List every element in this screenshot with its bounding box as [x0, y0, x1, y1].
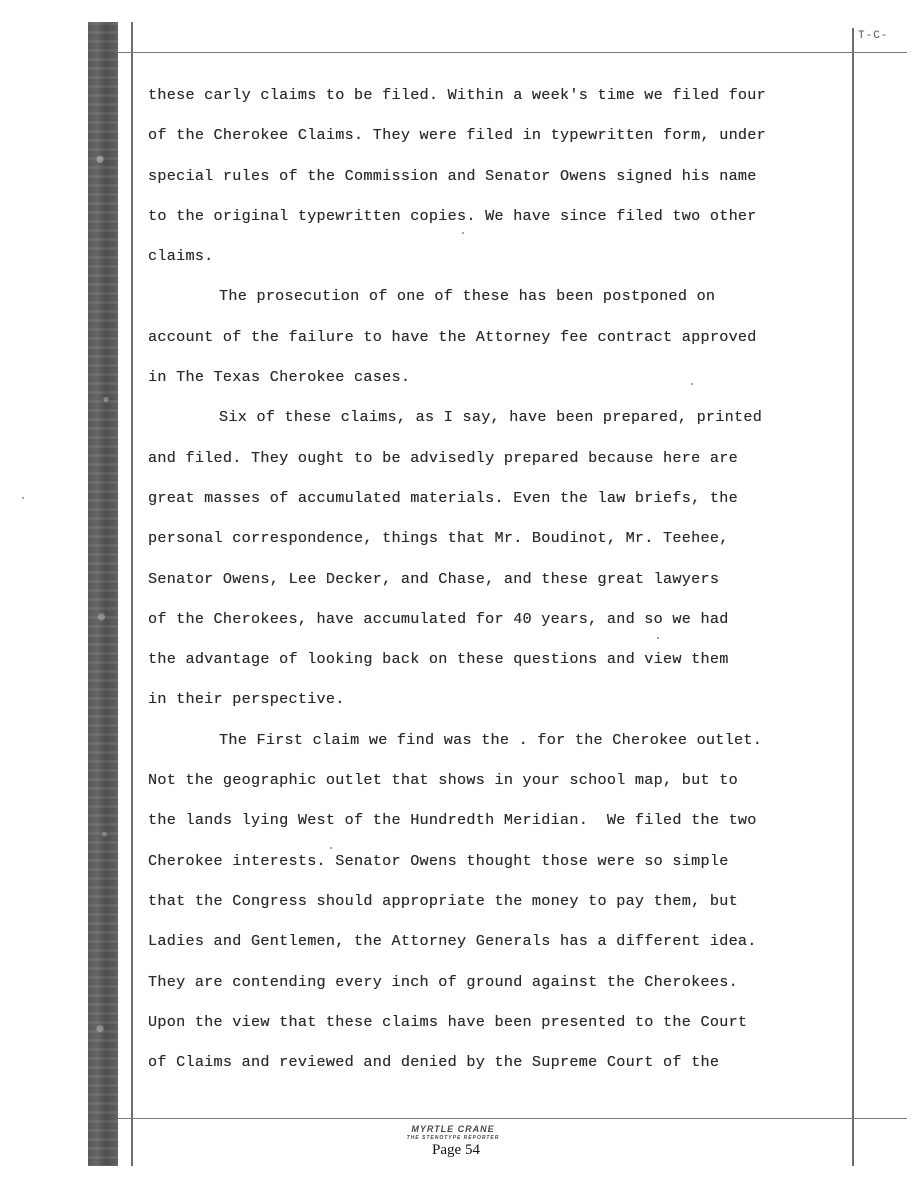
transcript-line: Cherokee interests. Senator Owens though…	[148, 848, 858, 888]
transcript-line: in their perspective.	[148, 686, 858, 726]
transcript-line: the lands lying West of the Hundredth Me…	[148, 807, 858, 847]
reporter-title: THE STENOTYPE REPORTER	[0, 1135, 924, 1141]
transcript-line: of the Cherokee Claims. They were filed …	[148, 122, 858, 162]
bottom-margin-rule	[117, 1118, 907, 1119]
reporter-name: MYRTLE CRANE	[0, 1124, 924, 1134]
transcript-line: of Claims and reviewed and denied by the…	[148, 1049, 858, 1089]
transcript-line: account of the failure to have the Attor…	[148, 324, 858, 364]
corner-mark: T-C-	[858, 30, 888, 42]
transcript-line: great masses of accumulated materials. E…	[148, 485, 858, 525]
left-margin-rule	[131, 22, 133, 1166]
transcript-line: to the original typewritten copies. We h…	[148, 203, 858, 243]
page-footer: MYRTLE CRANE THE STENOTYPE REPORTER Page…	[0, 1124, 924, 1159]
scan-speck	[22, 497, 24, 499]
transcript-line: Six of these claims, as I say, have been…	[148, 404, 858, 444]
transcript-line: The First claim we find was the . for th…	[148, 727, 858, 767]
transcript-line: personal correspondence, things that Mr.…	[148, 525, 858, 565]
transcript-body: these carly claims to be filed. Within a…	[148, 82, 858, 1089]
transcript-line: special rules of the Commission and Sena…	[148, 163, 858, 203]
transcript-line: of the Cherokees, have accumulated for 4…	[148, 606, 858, 646]
transcript-line: that the Congress should appropriate the…	[148, 888, 858, 928]
transcript-line: claims.	[148, 243, 858, 283]
transcript-line: and filed. They ought to be advisedly pr…	[148, 445, 858, 485]
transcript-line: They are contending every inch of ground…	[148, 969, 858, 1009]
transcript-line: these carly claims to be filed. Within a…	[148, 82, 858, 122]
binding-strip	[88, 22, 118, 1166]
transcript-line: Not the geographic outlet that shows in …	[148, 767, 858, 807]
page-number: Page 54	[0, 1142, 924, 1159]
transcript-line: The prosecution of one of these has been…	[148, 283, 858, 323]
transcript-line: the advantage of looking back on these q…	[148, 646, 858, 686]
transcript-line: Senator Owens, Lee Decker, and Chase, an…	[148, 566, 858, 606]
transcript-line: in The Texas Cherokee cases.	[148, 364, 858, 404]
top-margin-rule	[117, 52, 907, 53]
transcript-line: Ladies and Gentlemen, the Attorney Gener…	[148, 928, 858, 968]
transcript-line: Upon the view that these claims have bee…	[148, 1009, 858, 1049]
